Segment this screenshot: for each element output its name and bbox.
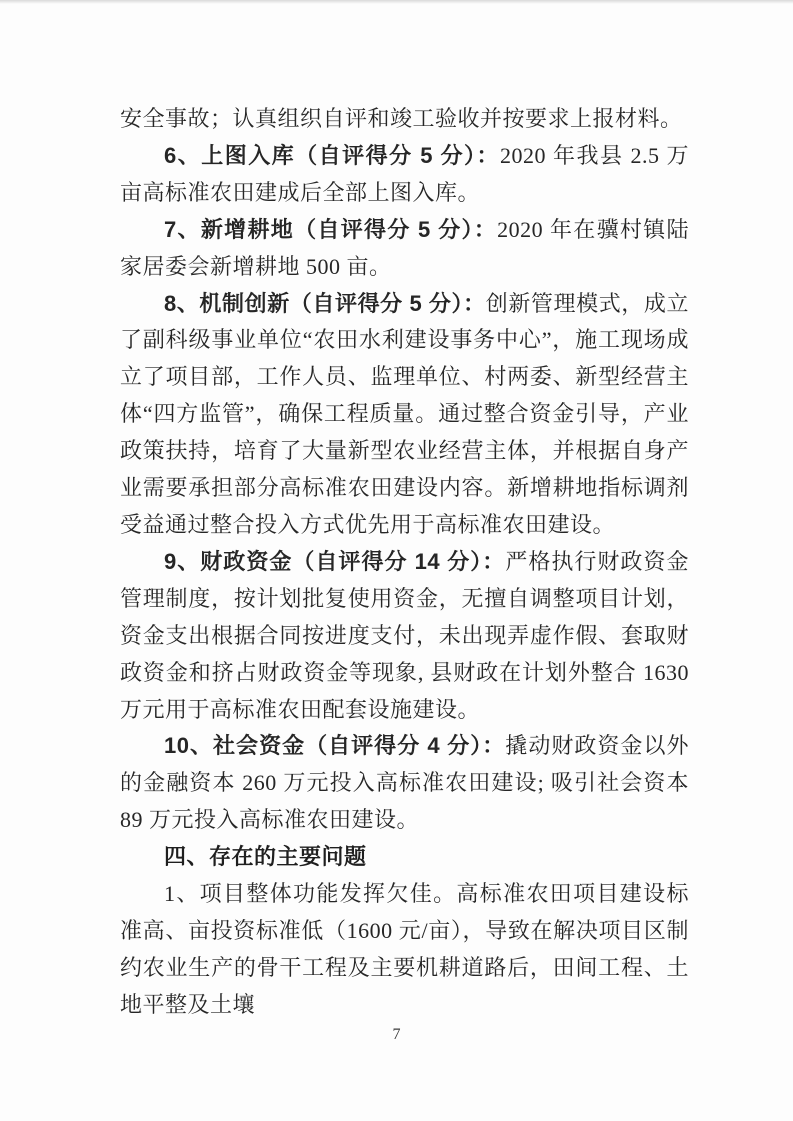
page-number: 7 bbox=[0, 1025, 793, 1045]
list-item-9-text: 严格执行财政资金管理制度，按计划批复使用资金，无擅自调整项目计划，资金支出根据合… bbox=[120, 549, 689, 722]
list-item-7-label: 7、新增耕地（自评得分 5 分）： bbox=[164, 217, 497, 242]
document-page: 安全事故；认真组织自评和竣工验收并按要求上报材料。 6、上图入库（自评得分 5 … bbox=[0, 0, 793, 1121]
list-item-8: 8、机制创新（自评得分 5 分）：创新管理模式，成立了副科级事业单位“农田水利建… bbox=[120, 286, 689, 544]
list-item-7: 7、新增耕地（自评得分 5 分）：2020 年在骥村镇陆家居委会新增耕地 500… bbox=[120, 212, 689, 286]
problem-item-1-text: 1、项目整体功能发挥欠佳。高标准农田项目建设标准高、亩投资标准低（1600 元/… bbox=[120, 881, 689, 1017]
list-item-10-label: 10、社会资金（自评得分 4 分）： bbox=[164, 733, 505, 758]
list-item-9: 9、财政资金（自评得分 14 分）：严格执行财政资金管理制度，按计划批复使用资金… bbox=[120, 544, 689, 729]
paragraph-text: 安全事故；认真组织自评和竣工验收并按要求上报材料。 bbox=[120, 106, 683, 131]
paragraph-continuation: 安全事故；认真组织自评和竣工验收并按要求上报材料。 bbox=[120, 101, 689, 138]
problem-item-1: 1、项目整体功能发挥欠佳。高标准农田项目建设标准高、亩投资标准低（1600 元/… bbox=[120, 876, 689, 1024]
list-item-9-label: 9、财政资金（自评得分 14 分）： bbox=[164, 549, 505, 574]
list-item-8-text: 创新管理模式，成立了副科级事业单位“农田水利建设事务中心”，施工现场成立了项目部… bbox=[120, 291, 689, 537]
list-item-8-label: 8、机制创新（自评得分 5 分）： bbox=[164, 291, 486, 316]
document-body: 安全事故；认真组织自评和竣工验收并按要求上报材料。 6、上图入库（自评得分 5 … bbox=[120, 101, 689, 1024]
list-item-6-label: 6、上图入库（自评得分 5 分）： bbox=[164, 143, 500, 168]
section-heading-4: 四、存在的主要问题 bbox=[120, 839, 689, 876]
scan-edge-shadow bbox=[0, 0, 793, 4]
list-item-6: 6、上图入库（自评得分 5 分）：2020 年我县 2.5 万亩高标准农田建成后… bbox=[120, 138, 689, 212]
list-item-10: 10、社会资金（自评得分 4 分）：撬动财政资金以外的金融资本 260 万元投入… bbox=[120, 728, 689, 839]
